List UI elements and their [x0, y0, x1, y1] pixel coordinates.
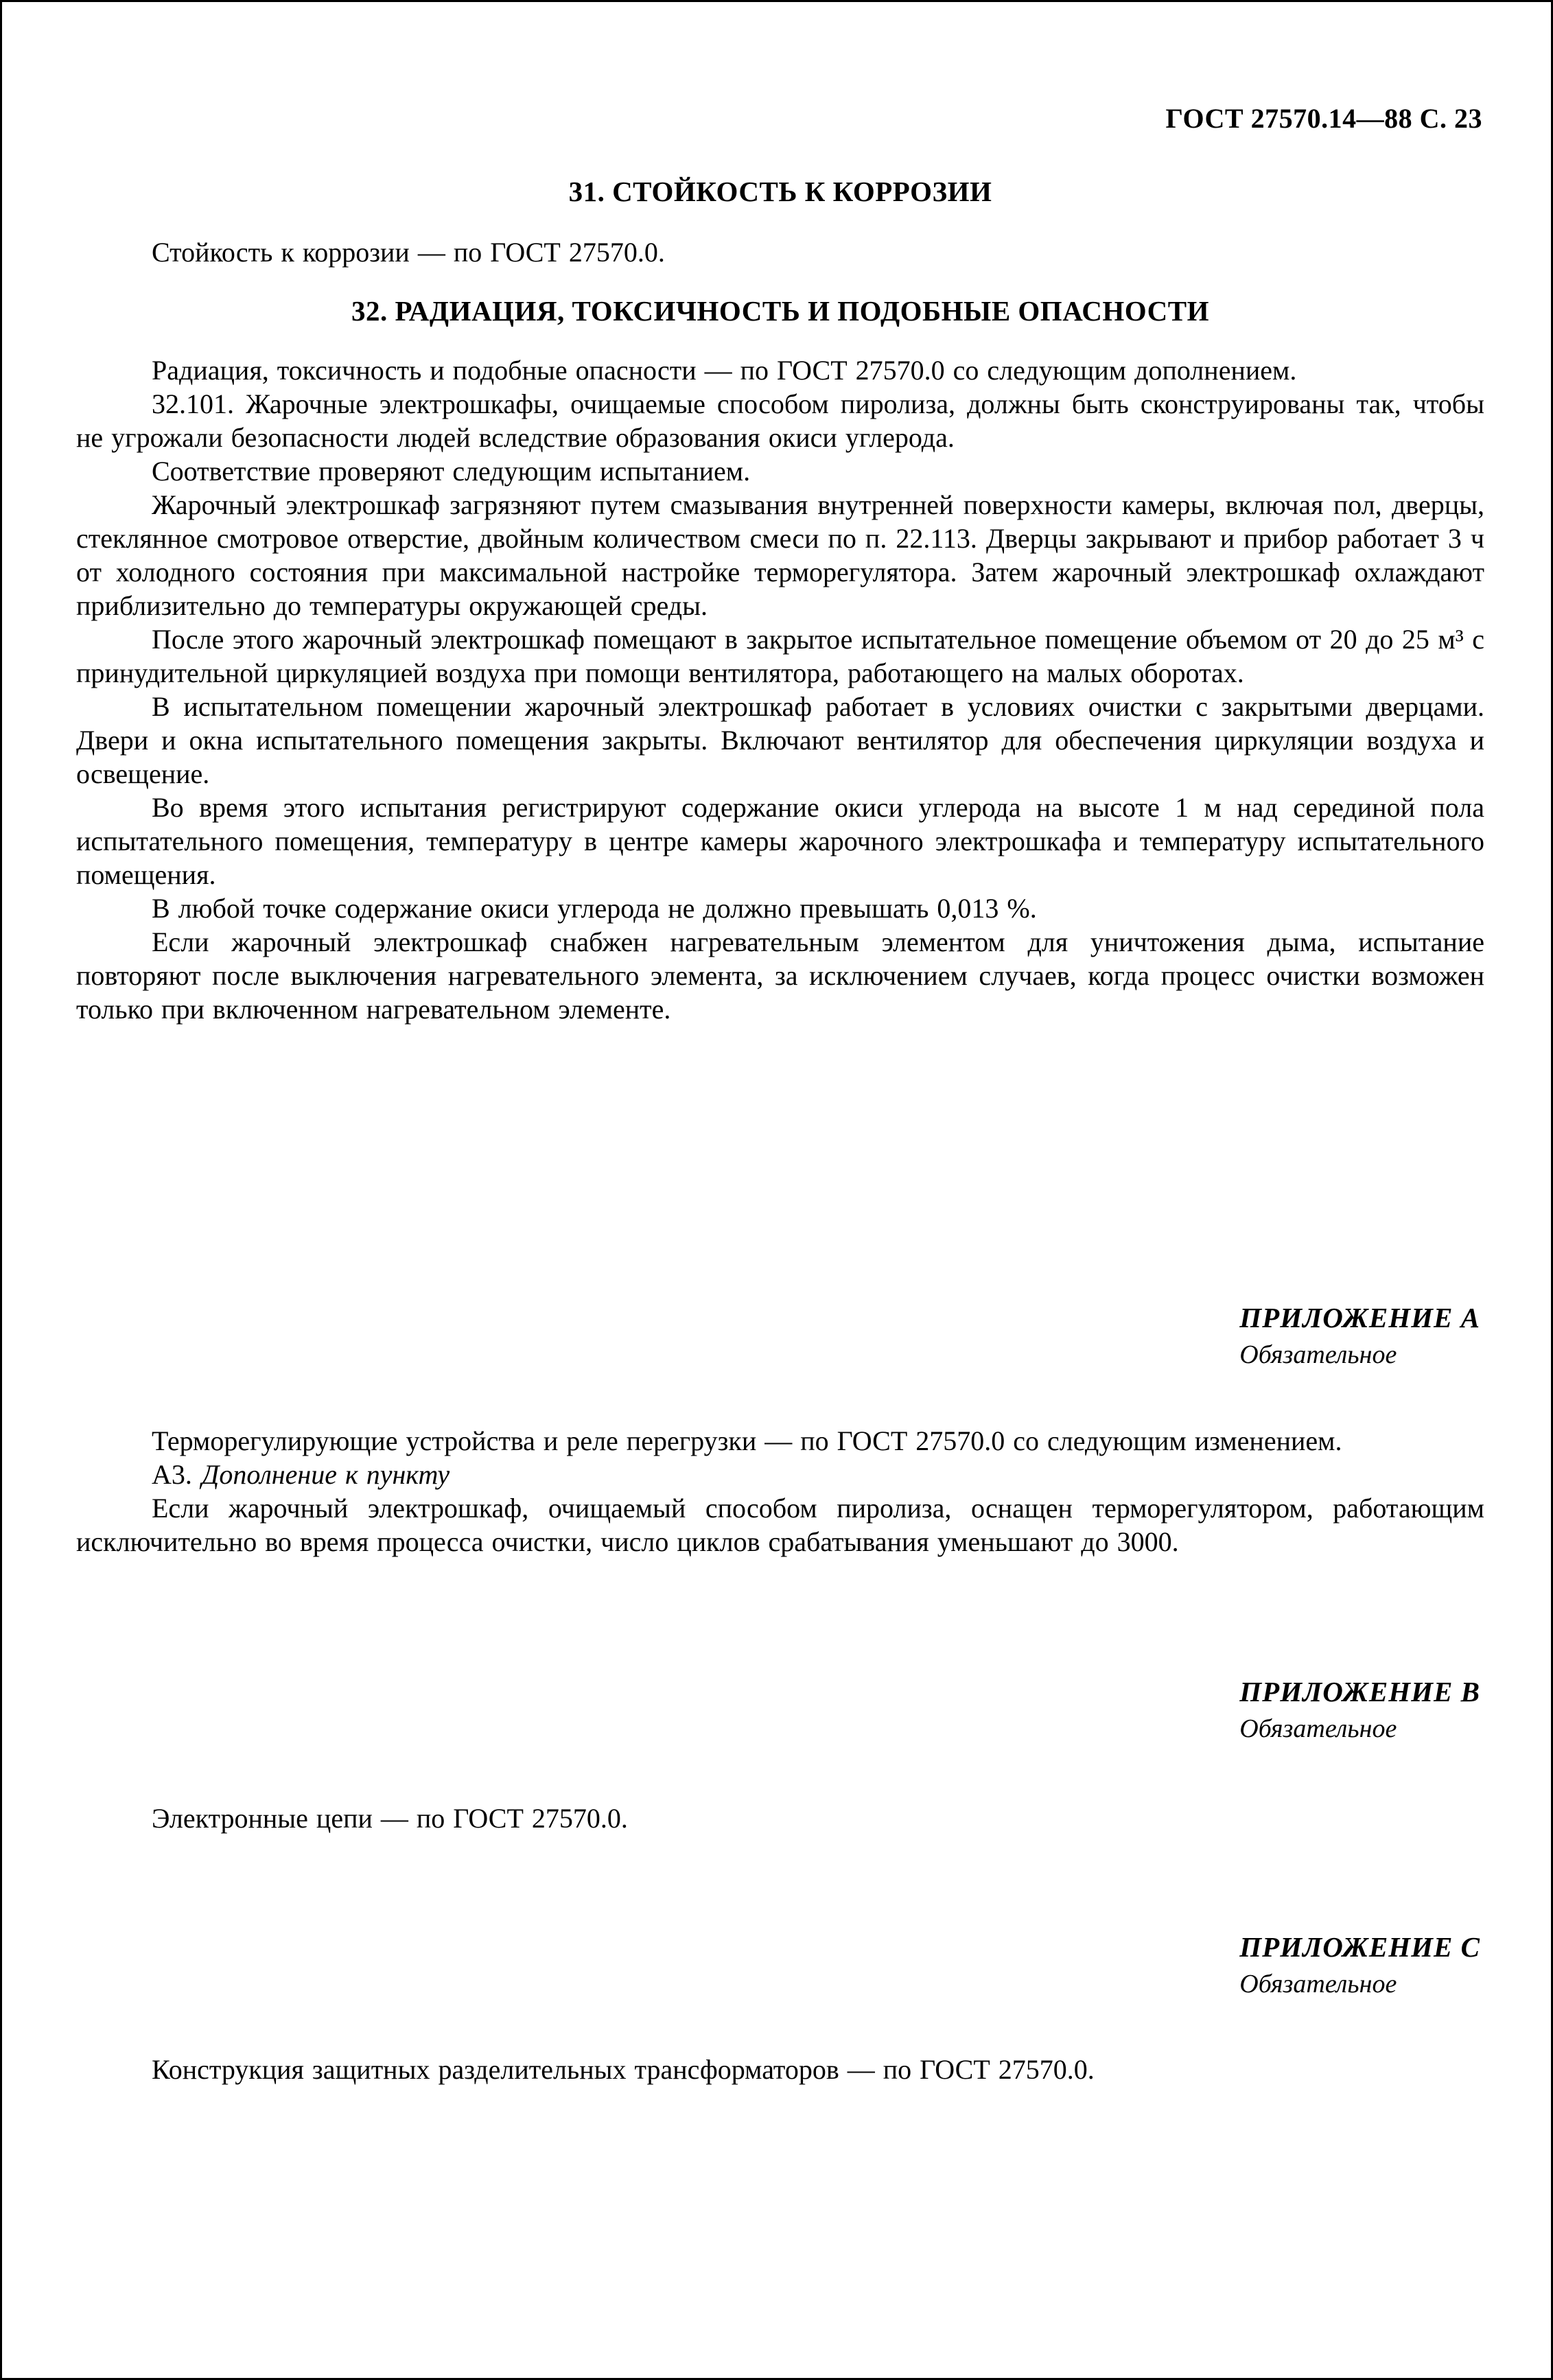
section-32-heading: 32. РАДИАЦИЯ, ТОКСИЧНОСТЬ И ПОДОБНЫЕ ОПА… — [76, 294, 1484, 327]
document-page: ГОСТ 27570.14—88 С. 23 31. СТОЙКОСТЬ К К… — [0, 0, 1553, 2380]
appendix-a-intro: Терморегулирующие устройства и реле пере… — [76, 1424, 1484, 1458]
appendix-a-clause-title: Дополнение к пункту — [202, 1459, 449, 1490]
appendix-b-title: ПРИЛОЖЕНИЕ В — [1239, 1675, 1480, 1708]
page-header-doc-ref: ГОСТ 27570.14—88 С. 23 — [1165, 102, 1482, 135]
section-32-body: Радиация, токсичность и подобные опаснос… — [76, 353, 1484, 1026]
section-32-paragraph: Если жарочный электрошкаф снабжен нагрев… — [76, 925, 1484, 1026]
section-32-paragraph: Соответствие проверяют следующим испытан… — [76, 454, 1484, 488]
section-32-paragraph: Во время этого испытания регистрируют со… — [76, 791, 1484, 891]
appendix-a-heading: ПРИЛОЖЕНИЕ А Обязательное — [1239, 1301, 1480, 1370]
section-32-paragraph: Жарочный электрошкаф загрязняют путем см… — [76, 488, 1484, 622]
appendix-b-paragraph: Электронные цепи — по ГОСТ 27570.0. — [76, 1801, 1484, 1835]
section-32-paragraph: В испытательном помещении жарочный элект… — [76, 690, 1484, 791]
appendix-c-subtitle: Обязательное — [1239, 1969, 1480, 1999]
appendix-c-paragraph: Конструкция защитных разделительных тран… — [76, 2053, 1484, 2086]
section-32-paragraph: В любой точке содержание окиси углерода … — [76, 891, 1484, 925]
appendix-a-paragraph: Если жарочный электрошкаф, очищаемый спо… — [76, 1491, 1484, 1559]
section-31-paragraph: Стойкость к коррозии — по ГОСТ 27570.0. — [76, 235, 1484, 269]
appendix-c-heading: ПРИЛОЖЕНИЕ С Обязательное — [1239, 1930, 1480, 1999]
appendix-a-title: ПРИЛОЖЕНИЕ А — [1239, 1301, 1480, 1334]
appendix-a-body: Терморегулирующие устройства и реле пере… — [76, 1424, 1484, 1559]
section-32-paragraph: После этого жарочный электрошкаф помещаю… — [76, 622, 1484, 690]
section-31-heading: 31. СТОЙКОСТЬ К КОРРОЗИИ — [76, 175, 1484, 208]
appendix-c-title: ПРИЛОЖЕНИЕ С — [1239, 1930, 1480, 1963]
appendix-a-clause-number: А3. — [152, 1459, 192, 1490]
appendix-a-clause-line: А3.Дополнение к пункту — [76, 1458, 1484, 1491]
appendix-a-subtitle: Обязательное — [1239, 1340, 1480, 1370]
appendix-b-subtitle: Обязательное — [1239, 1714, 1480, 1744]
section-32-paragraph: Радиация, токсичность и подобные опаснос… — [76, 353, 1484, 387]
appendix-b-heading: ПРИЛОЖЕНИЕ В Обязательное — [1239, 1675, 1480, 1744]
section-32-paragraph: 32.101. Жарочные электрошкафы, очищаемые… — [76, 387, 1484, 454]
